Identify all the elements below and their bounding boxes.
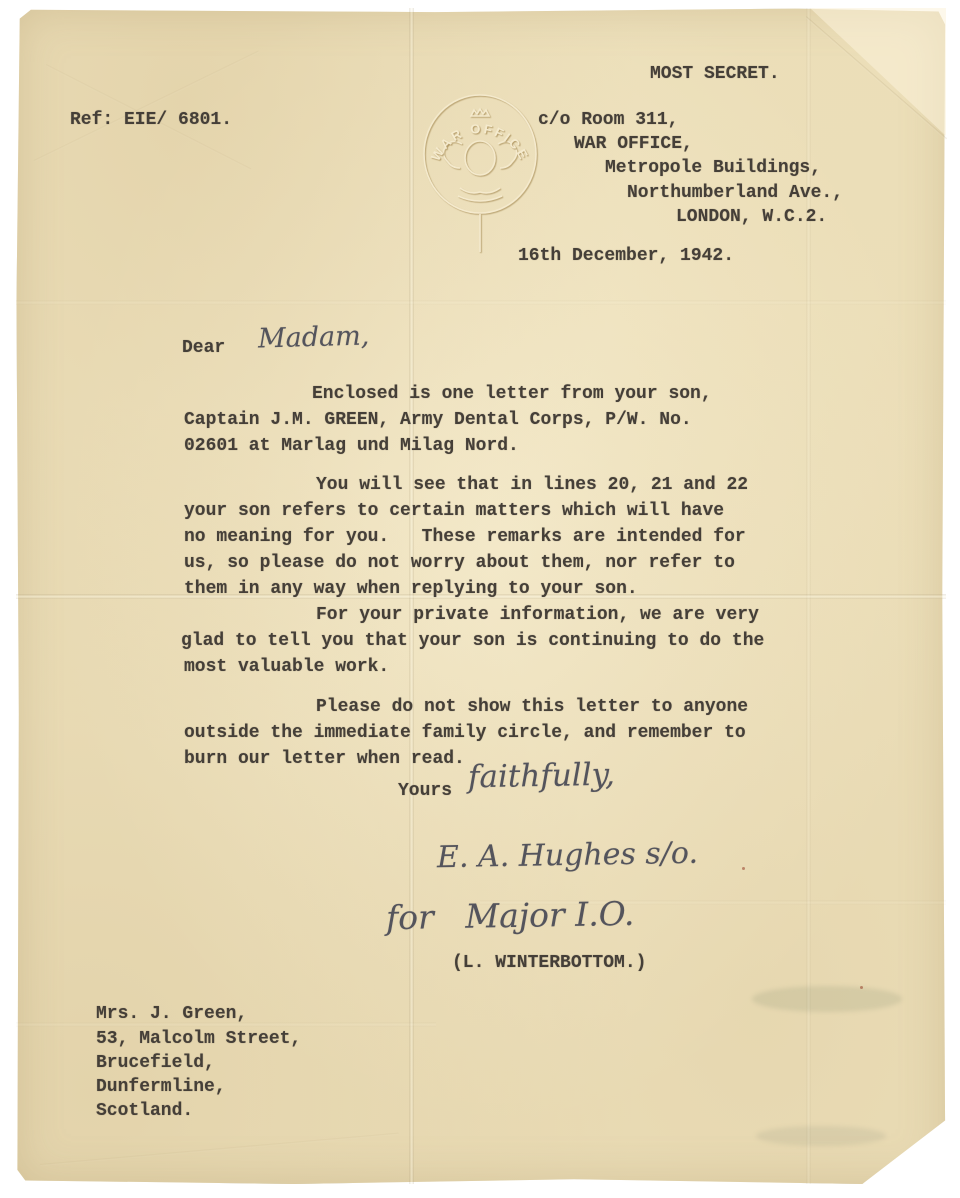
seal-text: WAR OFFICE <box>428 121 532 164</box>
paragraph-line: no meaning for you. These remarks are in… <box>184 526 746 548</box>
sender-address-line: c/o Room 311, <box>538 109 678 131</box>
recipient-address-line: 53, Malcolm Street, <box>96 1028 301 1050</box>
paragraph-line: For your private information, we are ver… <box>316 604 759 626</box>
scan-background: WAR OFFICE MOST SECRET. Ref: EIE/ 6801. … <box>0 0 960 1198</box>
paragraph-line: your son refers to certain matters which… <box>184 500 724 522</box>
sender-address-line: LONDON, W.C.2. <box>676 206 827 228</box>
recipient-address-line: Brucefield, <box>96 1052 215 1074</box>
paragraph-line: most valuable work. <box>184 656 389 678</box>
reference-number: Ref: EIE/ 6801. <box>70 109 232 131</box>
signature-handwritten: E. A. Hughes s/o. <box>437 836 699 876</box>
paper-speck <box>742 867 745 870</box>
sender-address-line: WAR OFFICE, <box>574 133 693 155</box>
signer-name-typed: (L. WINTERBOTTOM.) <box>452 952 646 974</box>
paragraph-line: Enclosed is one letter from your son, <box>312 383 712 405</box>
salutation-typed: Dear <box>182 337 225 359</box>
paragraph-line: outside the immediate family circle, and… <box>184 722 746 744</box>
recipient-address-line: Scotland. <box>96 1100 193 1122</box>
recipient-address-line: Dunfermline, <box>96 1076 226 1098</box>
paragraph-line: Please do not show this letter to anyone <box>316 696 748 718</box>
paragraph-line: Captain J.M. GREEN, Army Dental Corps, P… <box>184 409 692 431</box>
signature-for-handwritten: for Major I.O. <box>386 894 635 937</box>
closing-typed: Yours <box>398 780 452 802</box>
paragraph-line: 02601 at Marlag und Milag Nord. <box>184 435 519 457</box>
paragraph-line: them in any way when replying to your so… <box>184 578 638 600</box>
sender-address-line: Metropole Buildings, <box>605 157 821 179</box>
classification-label: MOST SECRET. <box>650 63 780 85</box>
closing-handwritten: faithfully, <box>468 757 615 796</box>
paragraph-line: burn our letter when read. <box>184 748 465 770</box>
war-office-seal: WAR OFFICE <box>408 86 553 258</box>
recipient-address-line: Mrs. J. Green, <box>96 1003 247 1025</box>
paragraph-line: You will see that in lines 20, 21 and 22 <box>316 474 748 496</box>
letter-date: 16th December, 1942. <box>518 245 734 267</box>
salutation-handwritten: Madam, <box>258 321 370 355</box>
paragraph-line: glad to tell you that your son is contin… <box>181 630 764 652</box>
paper-speck <box>860 986 863 989</box>
paragraph-line: us, so please do not worry about them, n… <box>184 552 735 574</box>
sender-address-line: Northumberland Ave., <box>627 182 843 204</box>
